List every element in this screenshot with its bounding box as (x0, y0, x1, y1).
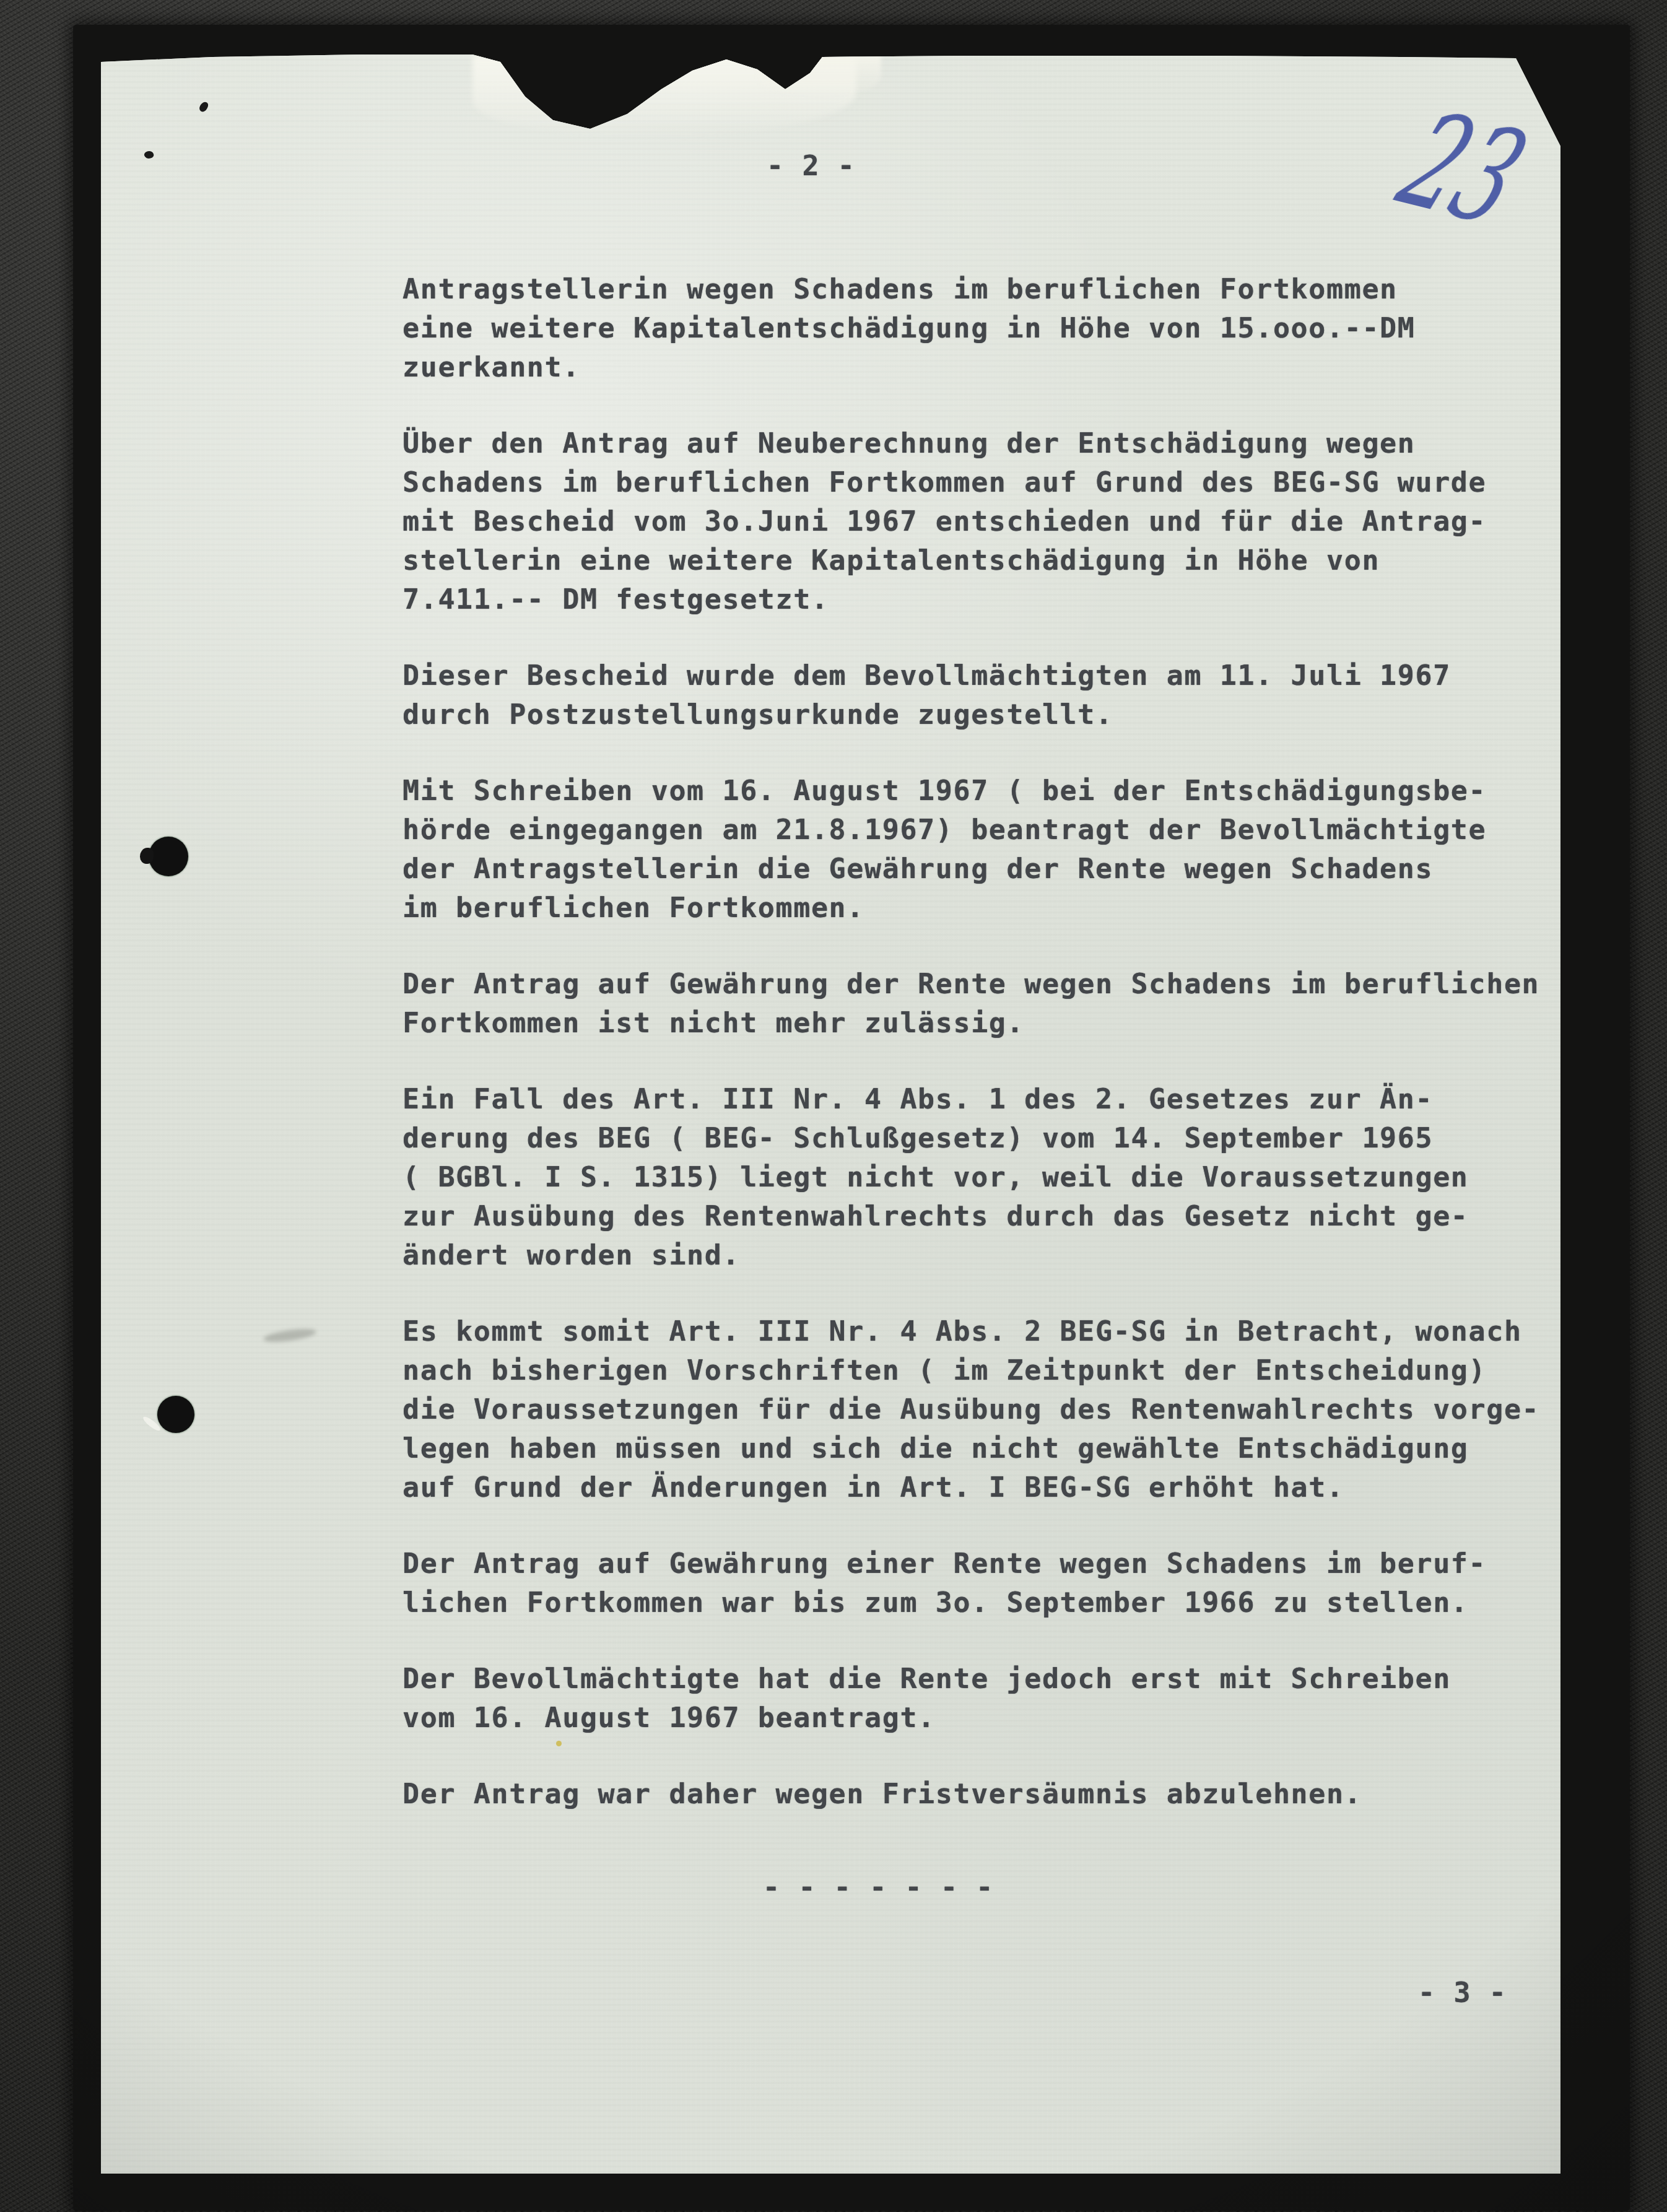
typewritten-line: Antragstellerin wegen Schadens im berufl… (403, 269, 1579, 308)
typewritten-line: Über den Antrag auf Neuberechnung der En… (403, 424, 1579, 463)
paragraph: Dieser Bescheid wurde dem Bevollmächtigt… (403, 656, 1579, 734)
pencil-smudge (263, 1326, 317, 1344)
ink-speck (144, 150, 155, 159)
paragraph: Der Antrag war daher wegen Fristversäumn… (403, 1774, 1579, 1813)
typewritten-line: ändert worden sind. (403, 1235, 1579, 1274)
punch-hole-top (149, 837, 188, 876)
typewritten-line: Der Bevollmächtigte hat die Rente jedoch… (403, 1659, 1579, 1698)
typewritten-line: zur Ausübung des Rentenwahlrechts durch … (403, 1196, 1579, 1235)
typewritten-line: durch Postzustellungsurkunde zugestellt. (403, 695, 1579, 734)
paragraph: Ein Fall des Art. III Nr. 4 Abs. 1 des 2… (403, 1079, 1579, 1274)
paragraph: Der Bevollmächtigte hat die Rente jedoch… (403, 1659, 1579, 1737)
typewritten-line: hörde eingegangen am 21.8.1967) beantrag… (403, 810, 1579, 849)
typewritten-line: legen haben müssen und sich die nicht ge… (403, 1429, 1579, 1468)
typewritten-line: mit Bescheid vom 3o.Juni 1967 entschiede… (403, 502, 1579, 541)
typewritten-line: Der Antrag auf Gewährung einer Rente weg… (403, 1544, 1579, 1583)
typewritten-line: Schadens im beruflichen Fortkommen auf G… (403, 463, 1579, 502)
typewritten-line: ( BGBl. I S. 1315) liegt nicht vor, weil… (403, 1157, 1579, 1196)
typewritten-line: auf Grund der Änderungen in Art. I BEG-S… (403, 1468, 1579, 1507)
typewritten-line: Dieser Bescheid wurde dem Bevollmächtigt… (403, 656, 1579, 695)
page-number-bottom: - 3 - (1418, 1973, 1507, 2012)
document-page: - 2 - 23 Antragstellerin wegen Schadens … (101, 53, 1560, 2174)
paragraph: Über den Antrag auf Neuberechnung der En… (403, 424, 1579, 619)
typewritten-line: Ein Fall des Art. III Nr. 4 Abs. 1 des 2… (403, 1079, 1579, 1118)
typewritten-line: der Antragstellerin die Gewährung der Re… (403, 849, 1579, 888)
typewritten-line: derung des BEG ( BEG- Schlußgesetz) vom … (403, 1118, 1579, 1157)
document-body: Antragstellerin wegen Schadens im berufl… (403, 269, 1579, 1850)
paragraph: Mit Schreiben vom 16. August 1967 ( bei … (403, 771, 1579, 927)
paragraph: Antragstellerin wegen Schadens im berufl… (403, 269, 1579, 386)
typewritten-line: eine weitere Kapitalentschädigung in Höh… (403, 308, 1579, 347)
typewritten-line: Fortkommen ist nicht mehr zulässig. (403, 1003, 1579, 1042)
typewritten-line: nach bisherigen Vorschriften ( im Zeitpu… (403, 1351, 1579, 1390)
typewritten-line: die Voraussetzungen für die Ausübung des… (403, 1390, 1579, 1429)
punch-hole-bottom (157, 1396, 194, 1433)
typewritten-line: Mit Schreiben vom 16. August 1967 ( bei … (403, 771, 1579, 810)
typewritten-line: stellerin eine weitere Kapitalentschädig… (403, 541, 1579, 580)
typewritten-line: Der Antrag war daher wegen Fristversäumn… (403, 1774, 1579, 1813)
paragraph: Der Antrag auf Gewährung der Rente wegen… (403, 964, 1579, 1042)
ink-speck (198, 100, 209, 113)
stain-dot (556, 1741, 562, 1746)
paragraph: Es kommt somit Art. III Nr. 4 Abs. 2 BEG… (403, 1312, 1579, 1507)
page-number-top: - 2 - (767, 146, 855, 185)
typewritten-line: zuerkannt. (403, 347, 1579, 386)
typewritten-line: Es kommt somit Art. III Nr. 4 Abs. 2 BEG… (403, 1312, 1579, 1351)
typewritten-line: im beruflichen Fortkommen. (403, 888, 1579, 927)
typewritten-line: vom 16. August 1967 beantragt. (403, 1698, 1579, 1737)
typewritten-line: 7.411.-- DM festgesetzt. (403, 580, 1579, 619)
photo-background: - 2 - 23 Antragstellerin wegen Schadens … (0, 0, 1667, 2212)
separator-dashes: - - - - - - - (763, 1868, 994, 1907)
typewritten-line: Der Antrag auf Gewährung der Rente wegen… (403, 964, 1579, 1003)
paragraph: Der Antrag auf Gewährung einer Rente weg… (403, 1544, 1579, 1622)
typewritten-line: lichen Fortkommen war bis zum 3o. Septem… (403, 1583, 1579, 1622)
